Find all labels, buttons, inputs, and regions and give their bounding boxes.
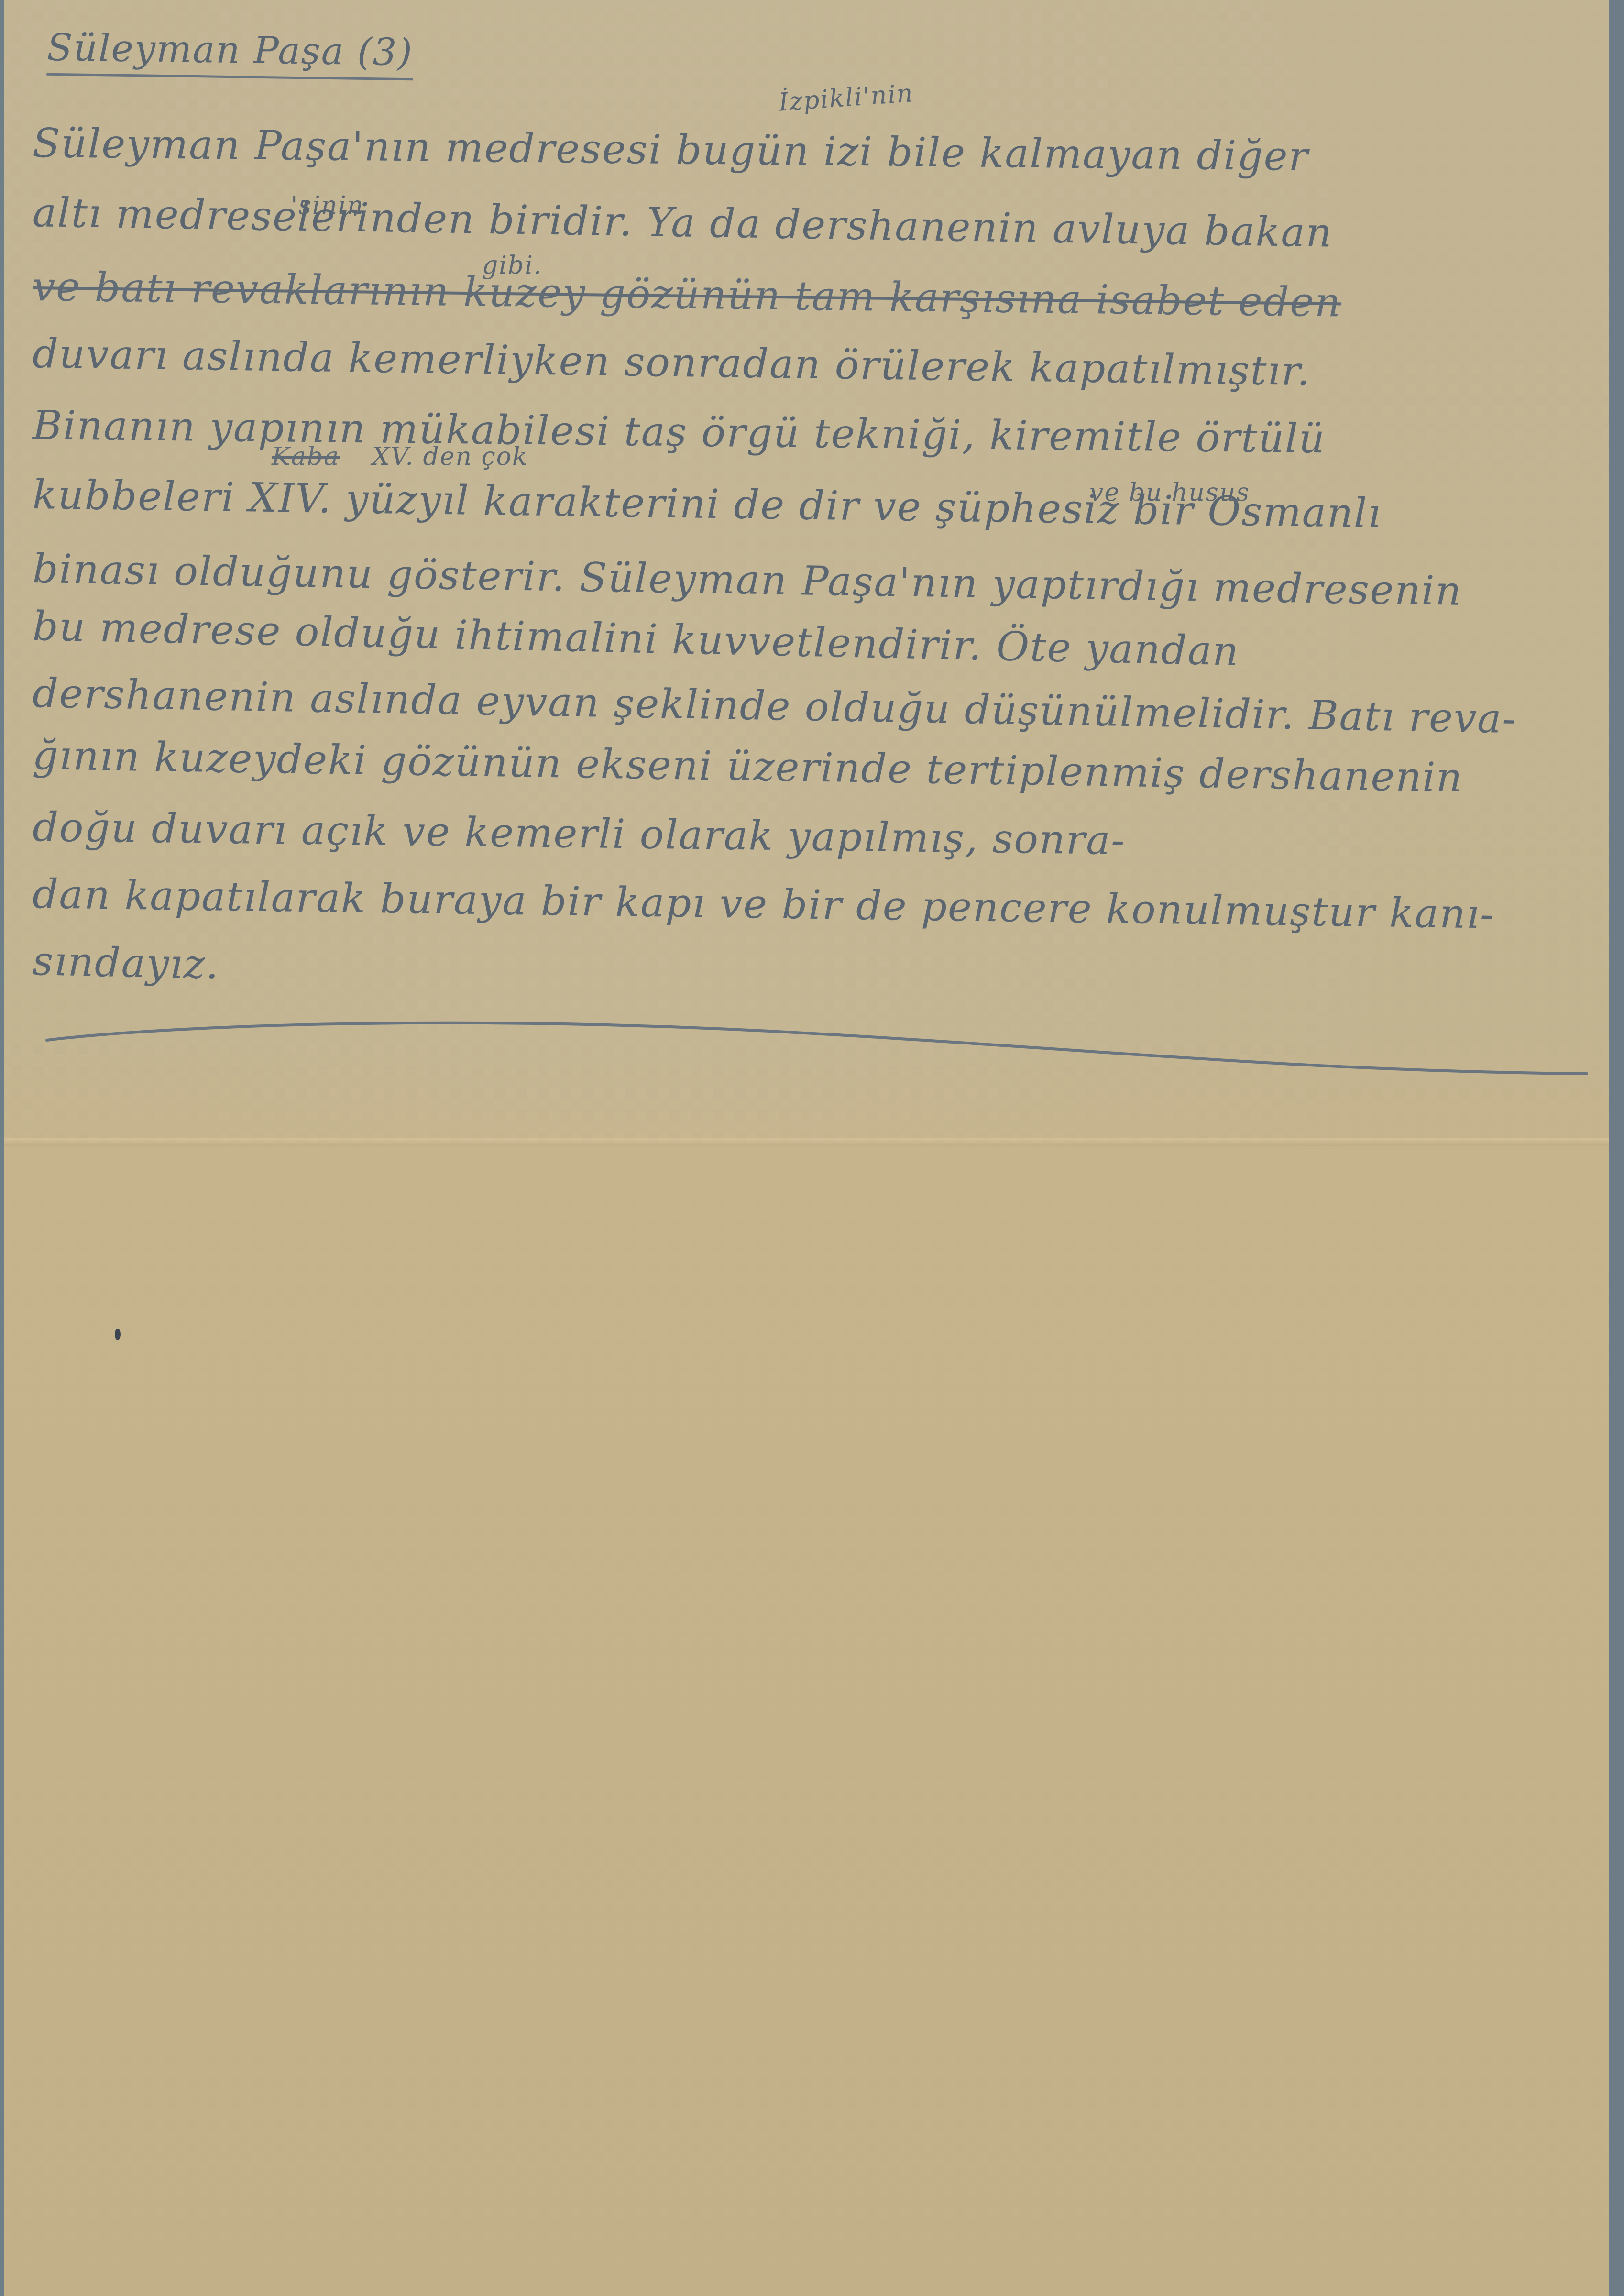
- page-heading: Süleyman Paşa (3): [46, 26, 413, 81]
- ink-spot: [115, 1329, 121, 1340]
- pencil-divider-line: [42, 1019, 1591, 1090]
- paper-fold: [4, 1138, 1609, 1146]
- lower-half-blank: [4, 1146, 1609, 2296]
- scan-background-edge: [1609, 0, 1624, 2296]
- manuscript-page: Süleyman Paşa (3) İzpikli'nin 'sinin gib…: [4, 0, 1609, 2296]
